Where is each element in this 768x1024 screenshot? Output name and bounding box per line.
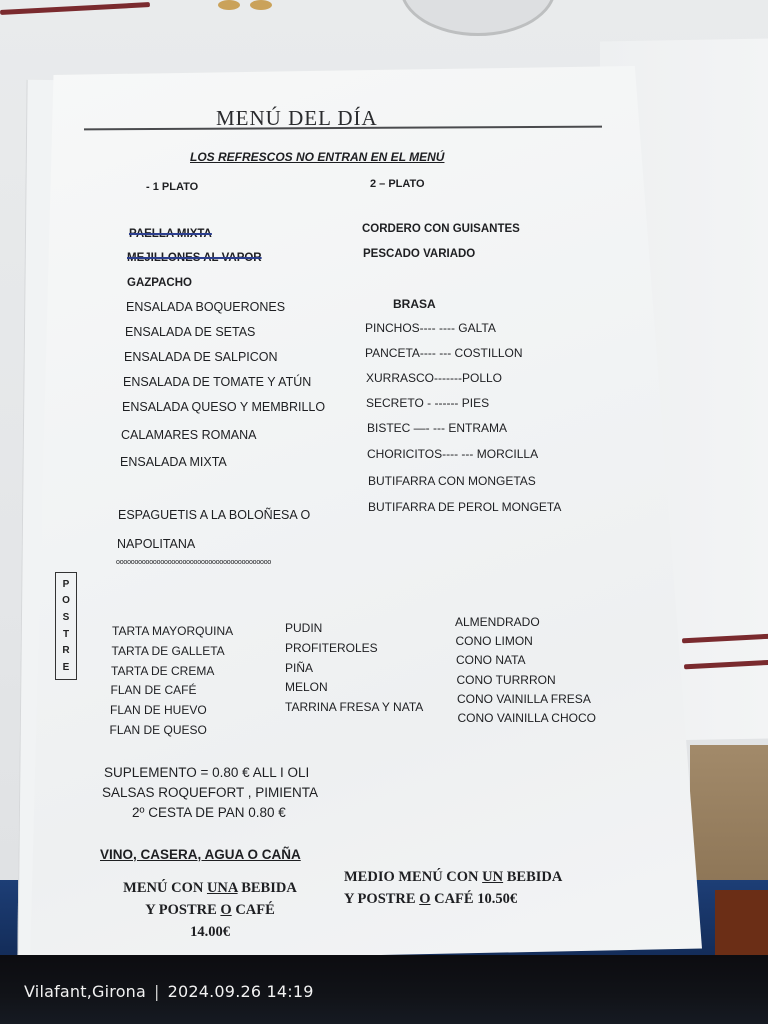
bread-crumb (218, 0, 240, 10)
bread-basket-line: 2º CESTA DE PAN 0.80 € (132, 805, 286, 820)
first-course-item: ENSALADA BOQUERONES (126, 300, 285, 314)
watermark-separator: | (154, 982, 160, 1001)
dessert-item: MELON (285, 680, 328, 694)
second-course-item: CORDERO CON GUISANTES (362, 223, 520, 235)
dessert-label-letter: O (62, 595, 70, 606)
dessert-item: CONO VAINILLA CHOCO (458, 711, 596, 725)
second-course-heading: 2 – PLATO (370, 178, 425, 190)
dessert-item: TARRINA FRESA Y NATA (285, 700, 423, 714)
first-course-item: ENSALADA QUESO Y MEMBRILLO (122, 400, 325, 414)
photo-watermark: Vilafant,Girona|2024.09.26 14:19 (24, 982, 314, 1001)
dessert-label-letter: P (63, 579, 70, 590)
dessert-item: PIÑA (285, 661, 313, 675)
half-menu-price-block: MEDIO MENÚ CON UN BEBIDA Y POSTRE O CAFÉ… (344, 866, 562, 910)
dessert-item: CONO TURRRON (457, 673, 556, 687)
dessert-item: CONO LIMON (456, 634, 533, 648)
dessert-item: TARTA DE GALLETA (112, 644, 225, 658)
sauces-line: SALSAS ROQUEFORT , PIMIENTA (102, 785, 318, 800)
first-course-item: ENSALADA DE TOMATE Y ATÚN (123, 375, 311, 389)
full-menu-line-1: MENÚ CON UNA BEBIDA (100, 877, 320, 899)
grill-item: BUTIFARRA DE PEROL MONGETA (368, 500, 561, 514)
first-course-item: ENSALADA DE SETAS (125, 325, 255, 339)
separator-line: oooooooooooooooooooooooooooooooooooooooo… (116, 559, 271, 566)
dessert-item: FLAN DE QUESO (110, 723, 207, 737)
first-course-item: NAPOLITANA (117, 537, 195, 551)
dessert-label-letter: R (62, 645, 69, 656)
first-course-item: MEJILLONES AL VAPOR (127, 252, 262, 264)
first-course-heading: - 1 PLATO (146, 181, 198, 193)
full-menu-line-2: Y POSTRE O CAFÉ (100, 899, 320, 921)
drinks-notice: LOS REFRESCOS NO ENTRAN EN EL MENÚ (190, 150, 444, 164)
dessert-item: CONO NATA (456, 653, 526, 667)
drinks-options: VINO, CASERA, AGUA O CAÑA (100, 847, 301, 862)
full-menu-price-block: MENÚ CON UNA BEBIDA Y POSTRE O CAFÉ 14.0… (100, 877, 320, 943)
half-menu-line-1: MEDIO MENÚ CON UN BEBIDA (344, 866, 562, 888)
dessert-item: TARTA DE CREMA (111, 664, 214, 678)
half-menu-line-2: Y POSTRE O CAFÉ 10.50€ (344, 888, 562, 910)
supplement-line: SUPLEMENTO = 0.80 € ALL I OLI (104, 765, 309, 780)
dessert-item: CONO VAINILLA FRESA (457, 692, 591, 706)
dessert-item: TARTA MAYORQUINA (112, 624, 233, 638)
photo-location: Vilafant,Girona (24, 982, 146, 1001)
grill-item: SECRETO - ------ PIES (366, 396, 489, 410)
full-menu-price: 14.00€ (100, 921, 320, 943)
first-course-item: PAELLA MIXTA (129, 228, 212, 240)
first-course-item: ESPAGUETIS A LA BOLOÑESA O (118, 508, 310, 522)
grill-item: CHORICITOS---- --- MORCILLA (367, 447, 538, 461)
grill-item: XURRASCO-------POLLO (366, 371, 502, 385)
first-course-item: GAZPACHO (127, 277, 192, 289)
dessert-label-box: POSTRE (55, 572, 77, 680)
wooden-table-edge (690, 745, 768, 890)
grill-item: PINCHOS---- ---- GALTA (365, 321, 496, 335)
first-course-item: CALAMARES ROMANA (121, 428, 256, 442)
grill-heading: BRASA (393, 297, 436, 311)
first-course-item: ENSALADA MIXTA (120, 455, 227, 469)
dessert-item: PROFITEROLES (285, 641, 378, 655)
grill-item: BUTIFARRA CON MONGETAS (368, 474, 536, 488)
dessert-item: ALMENDRADO (455, 615, 540, 629)
grill-item: PANCETA---- --- COSTILLON (365, 346, 523, 360)
photo-timestamp: 2024.09.26 14:19 (168, 982, 314, 1001)
second-course-item: PESCADO VARIADO (363, 248, 475, 260)
dessert-label-letter: T (63, 629, 69, 640)
dessert-label-letter: E (63, 662, 70, 673)
grill-item: BISTEC —- --- ENTRAMA (367, 421, 507, 435)
dessert-item: PUDIN (285, 621, 322, 635)
dessert-label-letter: S (63, 612, 70, 623)
dessert-item: FLAN DE HUEVO (110, 703, 207, 717)
first-course-item: ENSALADA DE SALPICON (124, 350, 278, 364)
dessert-item: FLAN DE CAFÉ (111, 683, 197, 697)
bread-crumb (250, 0, 272, 10)
